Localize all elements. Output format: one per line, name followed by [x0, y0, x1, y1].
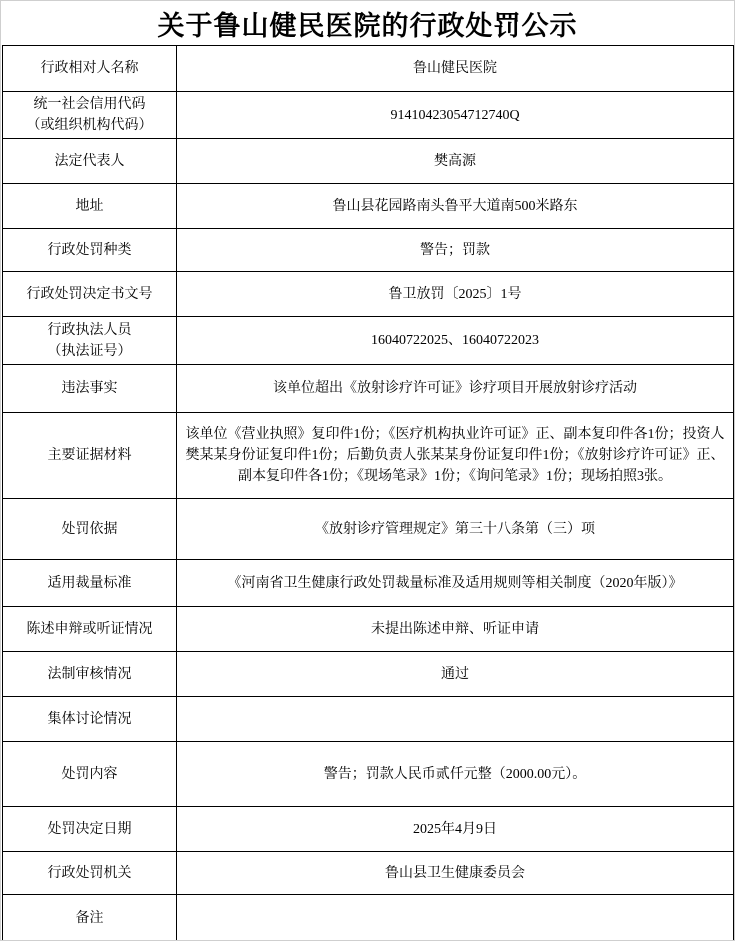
table-row: 主要证据材料该单位《营业执照》复印件1份；《医疗机构执业许可证》正、副本复印件各… [3, 413, 734, 499]
row-value: 警告；罚款人民币贰仟元整（2000.00元）。 [177, 742, 734, 807]
row-label: 法定代表人 [3, 139, 177, 184]
row-label: 陈述申辩或听证情况 [3, 607, 177, 652]
row-label: 违法事实 [3, 365, 177, 413]
row-value [177, 895, 734, 941]
row-label: 地址 [3, 184, 177, 229]
row-value: 鲁山县花园路南头鲁平大道南500米路东 [177, 184, 734, 229]
table-row: 集体讨论情况 [3, 697, 734, 742]
row-label: 行政处罚决定书文号 [3, 272, 177, 317]
row-value: 鲁山县卫生健康委员会 [177, 852, 734, 895]
row-value: 通过 [177, 652, 734, 697]
row-label: 统一社会信用代码 （或组织机构代码） [3, 92, 177, 139]
row-label: 法制审核情况 [3, 652, 177, 697]
table-row: 行政相对人名称鲁山健民医院 [3, 46, 734, 92]
table-row: 行政处罚决定书文号鲁卫放罚〔2025〕1号 [3, 272, 734, 317]
row-value: 《放射诊疗管理规定》第三十八条第（三）项 [177, 499, 734, 560]
row-label: 处罚依据 [3, 499, 177, 560]
table-row: 统一社会信用代码 （或组织机构代码）91410423054712740Q [3, 92, 734, 139]
row-value: 《河南省卫生健康行政处罚裁量标准及适用规则等相关制度（2020年版）》 [177, 560, 734, 607]
table-row: 法定代表人樊高源 [3, 139, 734, 184]
row-label: 适用裁量标准 [3, 560, 177, 607]
table-row: 违法事实该单位超出《放射诊疗许可证》诊疗项目开展放射诊疗活动 [3, 365, 734, 413]
table-row: 处罚内容警告；罚款人民币贰仟元整（2000.00元）。 [3, 742, 734, 807]
row-label: 处罚决定日期 [3, 807, 177, 852]
penalty-table: 行政相对人名称鲁山健民医院统一社会信用代码 （或组织机构代码）914104230… [2, 45, 734, 941]
row-value: 鲁卫放罚〔2025〕1号 [177, 272, 734, 317]
row-value: 樊高源 [177, 139, 734, 184]
row-label: 行政处罚机关 [3, 852, 177, 895]
row-value: 警告；罚款 [177, 229, 734, 272]
row-label: 行政执法人员 （执法证号） [3, 317, 177, 365]
table-row: 备注 [3, 895, 734, 941]
table-row: 地址鲁山县花园路南头鲁平大道南500米路东 [3, 184, 734, 229]
row-label: 备注 [3, 895, 177, 941]
penalty-notice-page: 关于鲁山健民医院的行政处罚公示 行政相对人名称鲁山健民医院统一社会信用代码 （或… [0, 0, 735, 941]
row-label: 行政相对人名称 [3, 46, 177, 92]
row-value: 该单位超出《放射诊疗许可证》诊疗项目开展放射诊疗活动 [177, 365, 734, 413]
row-value: 91410423054712740Q [177, 92, 734, 139]
row-value: 16040722025、16040722023 [177, 317, 734, 365]
table-row: 行政处罚机关鲁山县卫生健康委员会 [3, 852, 734, 895]
table-row: 适用裁量标准《河南省卫生健康行政处罚裁量标准及适用规则等相关制度（2020年版）… [3, 560, 734, 607]
row-value: 鲁山健民医院 [177, 46, 734, 92]
row-value: 该单位《营业执照》复印件1份；《医疗机构执业许可证》正、副本复印件各1份；投资人… [177, 413, 734, 499]
title-bar: 关于鲁山健民医院的行政处罚公示 [1, 1, 734, 45]
row-label: 集体讨论情况 [3, 697, 177, 742]
table-row: 法制审核情况通过 [3, 652, 734, 697]
row-value: 未提出陈述申辩、听证申请 [177, 607, 734, 652]
row-label: 处罚内容 [3, 742, 177, 807]
table-row: 处罚依据《放射诊疗管理规定》第三十八条第（三）项 [3, 499, 734, 560]
row-label: 主要证据材料 [3, 413, 177, 499]
row-value [177, 697, 734, 742]
table-row: 行政执法人员 （执法证号）16040722025、16040722023 [3, 317, 734, 365]
table-row: 处罚决定日期2025年4月9日 [3, 807, 734, 852]
page-title: 关于鲁山健民医院的行政处罚公示 [158, 4, 578, 43]
row-value: 2025年4月9日 [177, 807, 734, 852]
penalty-table-body: 行政相对人名称鲁山健民医院统一社会信用代码 （或组织机构代码）914104230… [3, 46, 734, 941]
table-row: 陈述申辩或听证情况未提出陈述申辩、听证申请 [3, 607, 734, 652]
row-label: 行政处罚种类 [3, 229, 177, 272]
table-row: 行政处罚种类警告；罚款 [3, 229, 734, 272]
